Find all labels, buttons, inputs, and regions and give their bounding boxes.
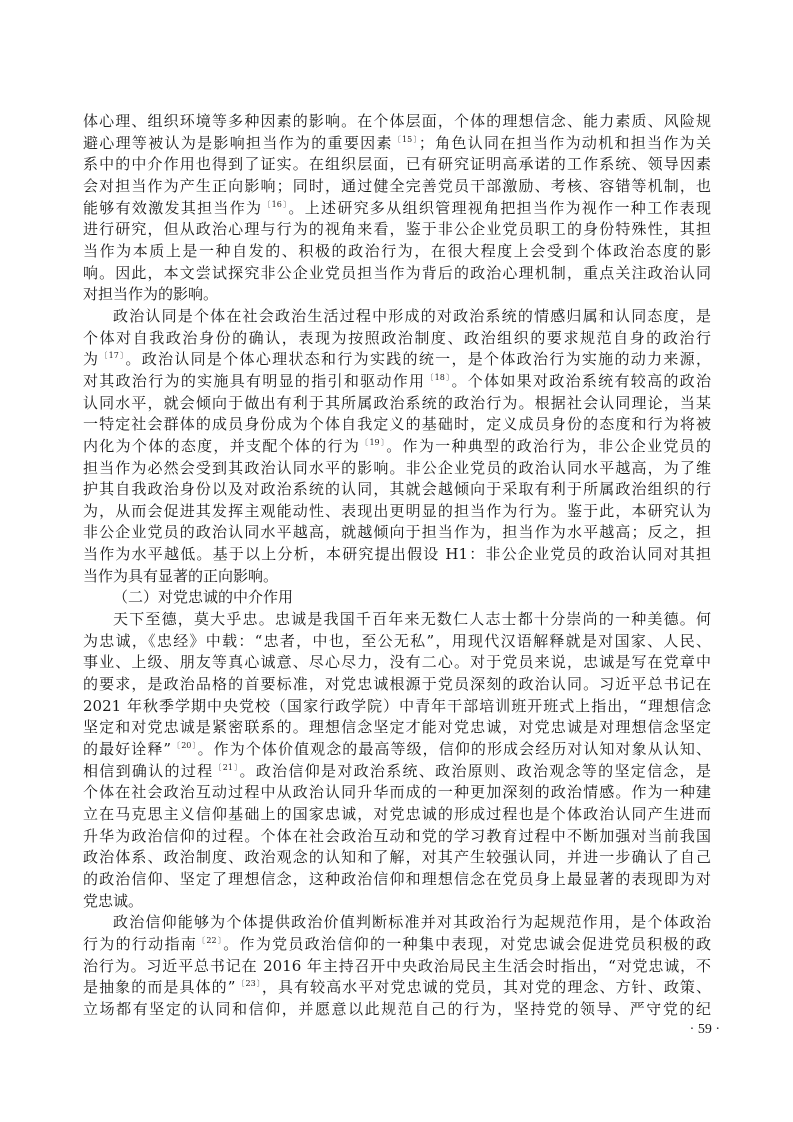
text-line: 政治信仰能够为个体提供政治价值判断标准并对其政治行为起规范作用，是个体政治 [83, 912, 711, 934]
line-text: 对担当作为的影响。 [83, 285, 218, 303]
line-text: 个体在社会政治互动过程中从政治认同升华而成的一种更加深刻的政治情感。作为一种建 [83, 783, 711, 801]
citation-ref: 〔20〕 [171, 741, 198, 750]
text-line: 认同水平，就会倾向于做出有利于其所属政治系统的政治行为。根据社会认同理论，当某 [83, 393, 711, 415]
line-text: 系中的中介作用也得到了证实。在组织层面，已有研究证明高承诺的工作系统、领导因素 [83, 155, 711, 173]
section-heading: （二）对党忠诚的中介作用 [83, 587, 711, 609]
text-line: 的最好诠释”〔20〕。作为个体价值观念的最高等级，信仰的形成会经历对认知对象从认… [83, 739, 711, 761]
line-text: ，具有较高水平对党忠诚的党员，其对党的理念、方针、政策、 [262, 978, 711, 996]
line-text: 政治体系、政治制度、政治观念的认知和了解，对其产生较强认同，并进一步确认了自己 [83, 848, 711, 866]
text-line: 政治体系、政治制度、政治观念的认知和了解，对其产生较强认同，并进一步确认了自己 [83, 847, 711, 869]
line-text: 天下至德，莫大乎忠。忠诚是我国千百年来无数仁人志士都十分崇尚的一种美德。何 [113, 610, 711, 628]
line-text: 担当作为必然会受到其政治认同水平的影响。非公企业党员的政治认同水平越高，为了维 [83, 459, 711, 477]
line-text: ；角色认同在担当作为动机和担当作为关 [419, 134, 711, 152]
line-text: 立在马克思主义信仰基础上的国家忠诚，对党忠诚的形成过程也是个体政治认同产生进而 [83, 805, 711, 823]
text-line: 相信到确认的过程〔21〕。政治信仰是对政治系统、政治原则、政治观念等的坚定信念，… [83, 761, 711, 783]
line-text: 能够有效激发其担当作为 [83, 199, 262, 217]
text-line: 对其政治行为的实施具有明显的指引和驱动作用〔18〕。个体如果对政治系统有较高的政… [83, 371, 711, 393]
text-line: 立在马克思主义信仰基础上的国家忠诚，对党忠诚的形成过程也是个体政治认同产生进而 [83, 804, 711, 826]
text-line: 是抽象的而是具体的”〔23〕，具有较高水平对党忠诚的党员，其对党的理念、方针、政… [83, 977, 711, 999]
text-line: 响。因此，本文尝试探究非公企业党员担当作为背后的政治心理机制，重点关注政治认同 [83, 263, 711, 285]
text-line: 的要求，是政治品格的首要标准，对党忠诚根源于党员深刻的政治认同。习近平总书记在 [83, 674, 711, 696]
citation-ref: 〔21〕 [213, 763, 239, 772]
citation-ref: 〔22〕 [197, 936, 223, 945]
citation-ref: 〔19〕 [360, 438, 386, 447]
line-text: 的最好诠释” [83, 740, 171, 758]
text-line: 坚定和对党忠诚是紧密联系的。理想信念坚定才能对党忠诚，对党忠诚是对理想信念坚定 [83, 717, 711, 739]
text-line: 个体在社会政治互动过程中从政治认同升华而成的一种更加深刻的政治情感。作为一种建 [83, 782, 711, 804]
text-line: 为〔17〕。政治认同是个体心理状态和行为实践的统一，是个体政治行为实施的动力来源… [83, 349, 711, 371]
line-text: 政治信仰能够为个体提供政治价值判断标准并对其政治行为起规范作用，是个体政治 [113, 913, 711, 931]
line-text: 2021 年秋季学期中央党校（国家行政学院）中青年干部培训班开班式上指出，“理想… [83, 697, 711, 715]
text-line: 天下至德，莫大乎忠。忠诚是我国千百年来无数仁人志士都十分崇尚的一种美德。何 [83, 609, 711, 631]
line-text: 当作为具有显著的正向影响。 [83, 567, 278, 585]
line-text: 政治认同是个体在社会政治生活过程中形成的对政治系统的情感归属和认同态度，是 [113, 307, 711, 325]
text-line: 对担当作为的影响。 [83, 284, 711, 306]
line-text: 。作为一种典型的政治行为，非公企业党员的 [386, 437, 711, 455]
citation-ref: 〔15〕 [393, 135, 419, 144]
citation-ref: 〔23〕 [235, 979, 262, 988]
line-text: 是抽象的而是具体的” [83, 978, 235, 996]
line-text: 会对担当作为产生正向影响；同时，通过健全完善党员干部激励、考核、容错等机制，也 [83, 177, 711, 195]
line-text: 。政治认同是个体心理状态和行为实践的统一，是个体政治行为实施的动力来源， [125, 350, 711, 368]
line-text: 行为的行动指南 [83, 935, 197, 953]
line-text: 党忠诚。 [83, 892, 143, 910]
text-line: 党忠诚。 [83, 891, 711, 913]
line-text: 避心理等被认为是影响担当作为的重要因素 [83, 134, 393, 152]
text-line: 系中的中介作用也得到了证实。在组织层面，已有研究证明高承诺的工作系统、领导因素 [83, 154, 711, 176]
text-line: 治行为。习近平总书记在 2016 年主持召开中央政治局民主生活会时指出，“对党忠… [83, 956, 711, 978]
line-text: 升华为政治信仰的过程。个体在社会政治互动和党的学习教育过程中不断加强对当前我国 [83, 827, 711, 845]
line-text: 事业、上级、朋友等真心诚意、尽心尽力，没有二心。对于党员来说，忠诚是写在党章中 [83, 653, 711, 671]
text-line: 当作为水平越低。基于以上分析，本研究提出假设 H1：非公企业党员的政治认同对其担 [83, 544, 711, 566]
text-line: 一特定社会群体的成员身份成为个体自我定义的基础时，定义成员身份的态度和行为将被 [83, 414, 711, 436]
line-text: 体心理、组织环境等多种因素的影响。在个体层面，个体的理想信念、能力素质、风险规 [83, 112, 711, 130]
line-text: 立场都有坚定的认同和信仰，并愿意以此规范自己的行为，坚持党的领导、严守党的纪 [83, 1000, 711, 1018]
page-number: · 59 · [660, 1022, 720, 1038]
text-line: 政治认同是个体在社会政治生活过程中形成的对政治系统的情感归属和认同态度，是 [83, 306, 711, 328]
line-text: 内化为个体的态度，并支配个体的行为 [83, 437, 360, 455]
text-line: 行为的行动指南〔22〕。作为党员政治信仰的一种集中表现，对党忠诚会促进党员积极的… [83, 934, 711, 956]
text-line: 会对担当作为产生正向影响；同时，通过健全完善党员干部激励、考核、容错等机制，也 [83, 176, 711, 198]
line-text: 治行为。习近平总书记在 2016 年主持召开中央政治局民主生活会时指出，“对党忠… [83, 957, 711, 975]
text-line: 避心理等被认为是影响担当作为的重要因素〔15〕；角色认同在担当作为动机和担当作为… [83, 133, 711, 155]
text-line: 2021 年秋季学期中央党校（国家行政学院）中青年干部培训班开班式上指出，“理想… [83, 696, 711, 718]
text-line: 体心理、组织环境等多种因素的影响。在个体层面，个体的理想信念、能力素质、风险规 [83, 111, 711, 133]
line-text: 的要求，是政治品格的首要标准，对党忠诚根源于党员深刻的政治认同。习近平总书记在 [83, 675, 711, 693]
line-text: 的政治信仰、坚定了理想信念，这种政治信仰和理想信念在党员身上最显著的表现即为对 [83, 870, 711, 888]
line-text: 为 [83, 350, 99, 368]
line-text: 一特定社会群体的成员身份成为个体自我定义的基础时，定义成员身份的态度和行为将被 [83, 415, 711, 433]
text-line: 为忠诚，《忠经》中载：“忠者，中也，至公无私”，用现代汉语解释就是对国家、人民、 [83, 631, 711, 653]
line-text: 相信到确认的过程 [83, 762, 213, 780]
citation-ref: 〔16〕 [262, 200, 288, 209]
line-text: 。作为个体价值观念的最高等级，信仰的形成会经历对认知对象从认知、 [198, 740, 711, 758]
text-line: 为，从而会促进其发挥主观能动性、表现出更明显的担当作为行为。鉴于此，本研究认为 [83, 501, 711, 523]
text-line: 升华为政治信仰的过程。个体在社会政治互动和党的学习教育过程中不断加强对当前我国 [83, 826, 711, 848]
line-text: 。个体如果对政治系统有较高的政治 [451, 372, 711, 390]
text-line: 个体对自我政治身份的确认，表现为按照政治制度、政治组织的要求规范自身的政治行 [83, 328, 711, 350]
line-text: 。政治信仰是对政治系统、政治原则、政治观念等的坚定信念，是 [240, 762, 711, 780]
text-line: 担当作为必然会受到其政治认同水平的影响。非公企业党员的政治认同水平越高，为了维 [83, 458, 711, 480]
text-line: 事业、上级、朋友等真心诚意、尽心尽力，没有二心。对于党员来说，忠诚是写在党章中 [83, 652, 711, 674]
line-text: 坚定和对党忠诚是紧密联系的。理想信念坚定才能对党忠诚，对党忠诚是对理想信念坚定 [83, 718, 711, 736]
line-text: 响。因此，本文尝试探究非公企业党员担当作为背后的政治心理机制，重点关注政治认同 [83, 264, 711, 282]
text-line: 护其自我政治身份以及对政治系统的认同，其就会越倾向于采取有利于所属政治组织的行 [83, 479, 711, 501]
text-line: 的政治信仰、坚定了理想信念，这种政治信仰和理想信念在党员身上最显著的表现即为对 [83, 869, 711, 891]
text-line: 非公企业党员的政治认同水平越高，就越倾向于担当作为，担当作为水平越高；反之，担 [83, 522, 711, 544]
line-text: （二）对党忠诚的中介作用 [113, 588, 293, 606]
text-line: 内化为个体的态度，并支配个体的行为〔19〕。作为一种典型的政治行为，非公企业党员… [83, 436, 711, 458]
line-text: 当作为水平越低。基于以上分析，本研究提出假设 H1：非公企业党员的政治认同对其担 [83, 545, 711, 563]
text-line: 当作为具有显著的正向影响。 [83, 566, 711, 588]
line-text: 对其政治行为的实施具有明显的指引和驱动作用 [83, 372, 425, 390]
article-body: 体心理、组织环境等多种因素的影响。在个体层面，个体的理想信念、能力素质、风险规避… [83, 111, 711, 1021]
line-text: 非公企业党员的政治认同水平越高，就越倾向于担当作为，担当作为水平越高；反之，担 [83, 523, 711, 541]
line-text: 为，从而会促进其发挥主观能动性、表现出更明显的担当作为行为。鉴于此，本研究认为 [83, 502, 711, 520]
text-line: 当作为本质上是一种自发的、积极的政治行为，在很大程度上会受到个体政治态度的影 [83, 241, 711, 263]
text-line: 立场都有坚定的认同和信仰，并愿意以此规范自己的行为，坚持党的领导、严守党的纪 [83, 999, 711, 1021]
line-text: 为忠诚，《忠经》中载：“忠者，中也，至公无私”，用现代汉语解释就是对国家、人民、 [83, 632, 711, 650]
citation-ref: 〔18〕 [425, 373, 451, 382]
text-line: 能够有效激发其担当作为〔16〕。上述研究多从组织管理视角把担当作为视作一种工作表… [83, 198, 711, 220]
line-text: 认同水平，就会倾向于做出有利于其所属政治系统的政治行为。根据社会认同理论，当某 [83, 394, 711, 412]
line-text: 。作为党员政治信仰的一种集中表现，对党忠诚会促进党员积极的政 [223, 935, 711, 953]
line-text: 进行研究，但从政治心理与行为的视角来看，鉴于非公企业党员职工的身份特殊性，其担 [83, 220, 711, 238]
line-text: 护其自我政治身份以及对政治系统的认同，其就会越倾向于采取有利于所属政治组织的行 [83, 480, 711, 498]
line-text: 个体对自我政治身份的确认，表现为按照政治制度、政治组织的要求规范自身的政治行 [83, 329, 711, 347]
line-text: 。上述研究多从组织管理视角把担当作为视作一种工作表现 [288, 199, 711, 217]
line-text: 当作为本质上是一种自发的、积极的政治行为，在很大程度上会受到个体政治态度的影 [83, 242, 711, 260]
citation-ref: 〔17〕 [99, 351, 125, 360]
text-line: 进行研究，但从政治心理与行为的视角来看，鉴于非公企业党员职工的身份特殊性，其担 [83, 219, 711, 241]
